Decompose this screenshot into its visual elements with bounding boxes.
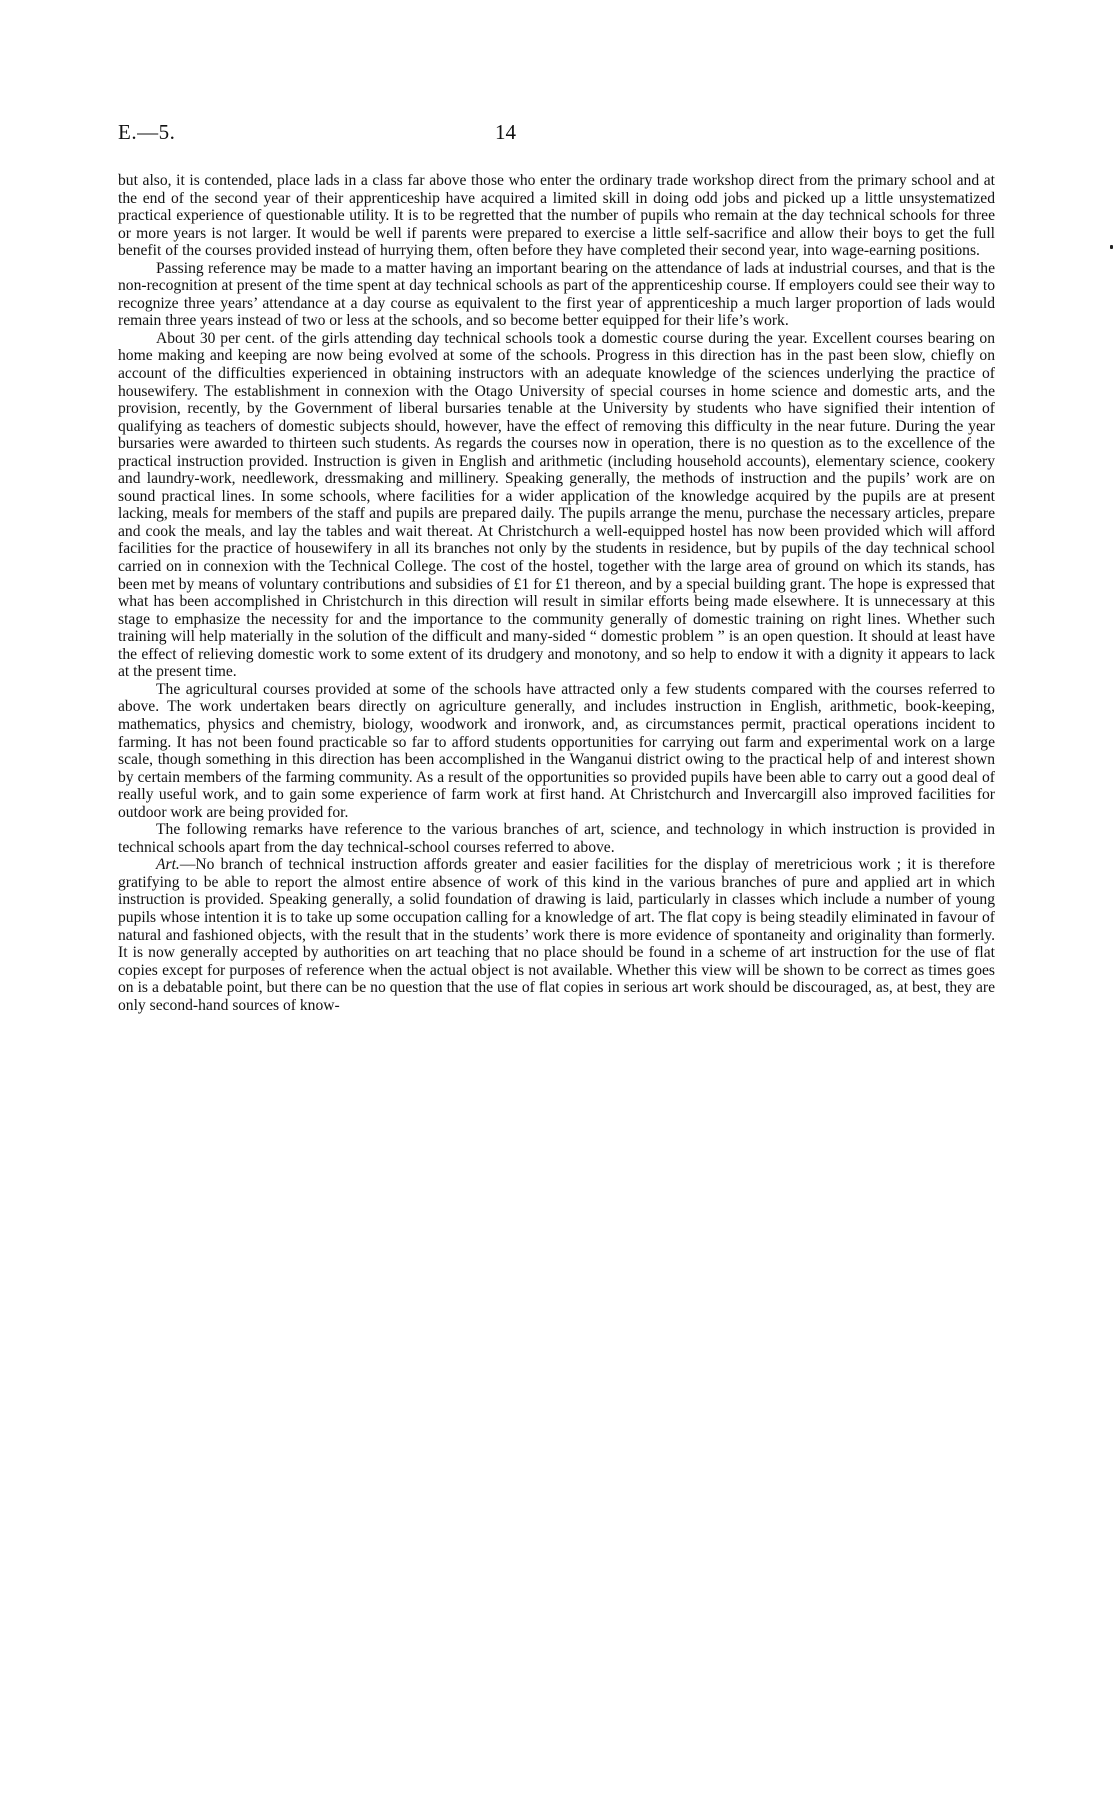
- page-header: E.—5. 14: [118, 120, 995, 150]
- paragraph-text: —No branch of technical instruction affo…: [118, 856, 995, 1013]
- paragraph-text: The following remarks have reference to …: [118, 821, 995, 856]
- paragraph-following-remarks: The following remarks have reference to …: [118, 821, 995, 856]
- paragraph-agricultural-courses: The agricultural courses provided at som…: [118, 681, 995, 821]
- document-page: E.—5. 14 but also, it is contended, plac…: [0, 0, 1114, 1816]
- paragraph-text: Passing reference may be made to a matte…: [118, 260, 995, 330]
- paragraph-apprenticeship: Passing reference may be made to a matte…: [118, 260, 995, 330]
- scan-speck: [1110, 245, 1113, 249]
- paragraph-text: but also, it is contended, place lads in…: [118, 172, 995, 259]
- paragraph-continuation: but also, it is contended, place lads in…: [118, 172, 995, 260]
- document-reference: E.—5.: [118, 120, 175, 145]
- body-text: but also, it is contended, place lads in…: [118, 172, 995, 1014]
- paragraph-text: The agricultural courses provided at som…: [118, 681, 995, 821]
- paragraph-art: Art.—No branch of technical instruction …: [118, 856, 995, 1014]
- paragraph-domestic-course: About 30 per cent. of the girls attendin…: [118, 330, 995, 681]
- section-lead-art: Art.: [156, 856, 180, 873]
- paragraph-text: About 30 per cent. of the girls attendin…: [118, 330, 995, 680]
- page-number: 14: [495, 120, 516, 145]
